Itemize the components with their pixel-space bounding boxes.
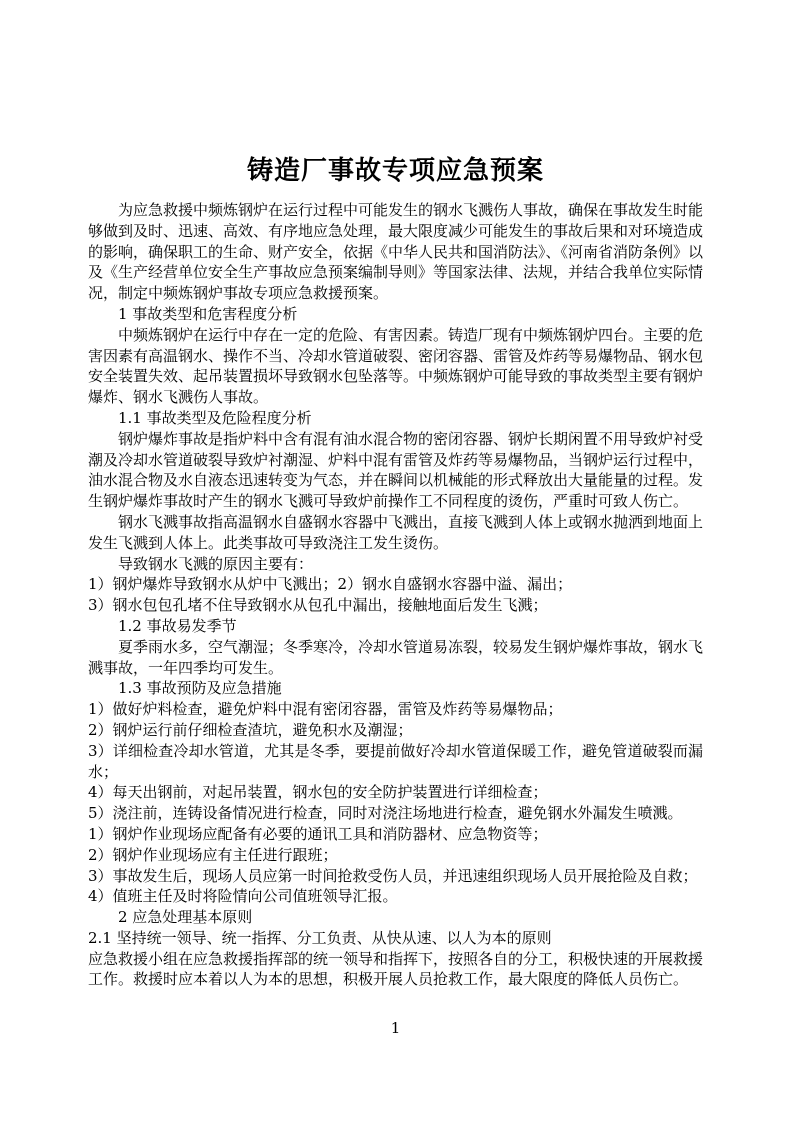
- section-heading-2: 2 应急处理基本原则: [88, 907, 703, 928]
- paragraph-splash: 钢水飞溅事故指高温钢水自盛钢水容器中飞溅出，直接飞溅到人体上或钢水抛洒到地面上发…: [88, 512, 703, 554]
- list-item: 2）钢炉运行前仔细检查渣坑，避免积水及潮湿；: [88, 720, 703, 741]
- paragraph-hazards: 中频炼钢炉在运行中存在一定的危险、有害因素。铸造厂现有中频炼钢炉四台。主要的危害…: [88, 325, 703, 408]
- list-item: 3）事故发生后，现场人员应第一时间抢救受伤人员，并迅速组织现场人员开展抢险及自救…: [88, 866, 703, 887]
- list-item: 4）每天出钢前，对起吊装置，钢水包的安全防护装置进行详细检查；: [88, 782, 703, 803]
- document-page: 铸造厂事故专项应急预案 为应急救援中频炼钢炉在运行过程中可能发生的钢水飞溅伤人事…: [0, 0, 793, 1122]
- doc-title: 铸造厂事故专项应急预案: [88, 152, 703, 190]
- list-item: 1）钢炉作业现场应配备有必要的通讯工具和消防器材、应急物资等；: [88, 824, 703, 845]
- list-item: 3）详细检查冷却水管道，尤其是冬季，要提前做好冷却水管道保暖工作，避免管道破裂而…: [88, 741, 703, 783]
- section-heading-1-2: 1.2 事故易发季节: [88, 616, 703, 637]
- list-item: 1）钢炉爆炸导致钢水从炉中飞溅出；2）钢水自盛钢水容器中溢、漏出；: [88, 574, 703, 595]
- paragraph-intro: 为应急救援中频炼钢炉在运行过程中可能发生的钢水飞溅伤人事故，确保在事故发生时能够…: [88, 200, 703, 304]
- section-heading-1-3: 1.3 事故预防及应急措施: [88, 678, 703, 699]
- section-heading-1-1: 1.1 事故类型及危险程度分析: [88, 408, 703, 429]
- list-item: 5）浇注前，连铸设备情况进行检查，同时对浇注场地进行检查，避免钢水外漏发生喷溅。: [88, 803, 703, 824]
- section-heading-1: 1 事故类型和危害程度分析: [88, 304, 703, 325]
- list-item: 4）值班主任及时将险情向公司值班领导汇报。: [88, 886, 703, 907]
- paragraph-explosion: 钢炉爆炸事故是指炉料中含有混有油水混合物的密闭容器、钢炉长期闲置不用导致炉衬受潮…: [88, 429, 703, 512]
- list-item: 2）钢炉作业现场应有主任进行跟班；: [88, 845, 703, 866]
- paragraph-seasons: 夏季雨水多，空气潮湿；冬季寒冷，冷却水管道易冻裂，较易发生钢炉爆炸事故，钢水飞溅…: [88, 637, 703, 679]
- paragraph-causes-lead: 导致钢水飞溅的原因主要有：: [88, 554, 703, 575]
- list-item: 1）做好炉料检查，避免炉料中混有密闭容器，雷管及炸药等易爆物品；: [88, 699, 703, 720]
- paragraph-principle: 应急救援小组在应急救援指挥部的统一领导和指挥下，按照各自的分工，积极快速的开展救…: [88, 949, 703, 991]
- page-number: 1: [88, 1018, 703, 1038]
- section-heading-2-1: 2.1 坚持统一领导、统一指挥、分工负责、从快从速、以人为本的原则: [88, 928, 703, 949]
- list-item: 3）钢水包包孔堵不住导致钢水从包孔中漏出，接触地面后发生飞溅；: [88, 595, 703, 616]
